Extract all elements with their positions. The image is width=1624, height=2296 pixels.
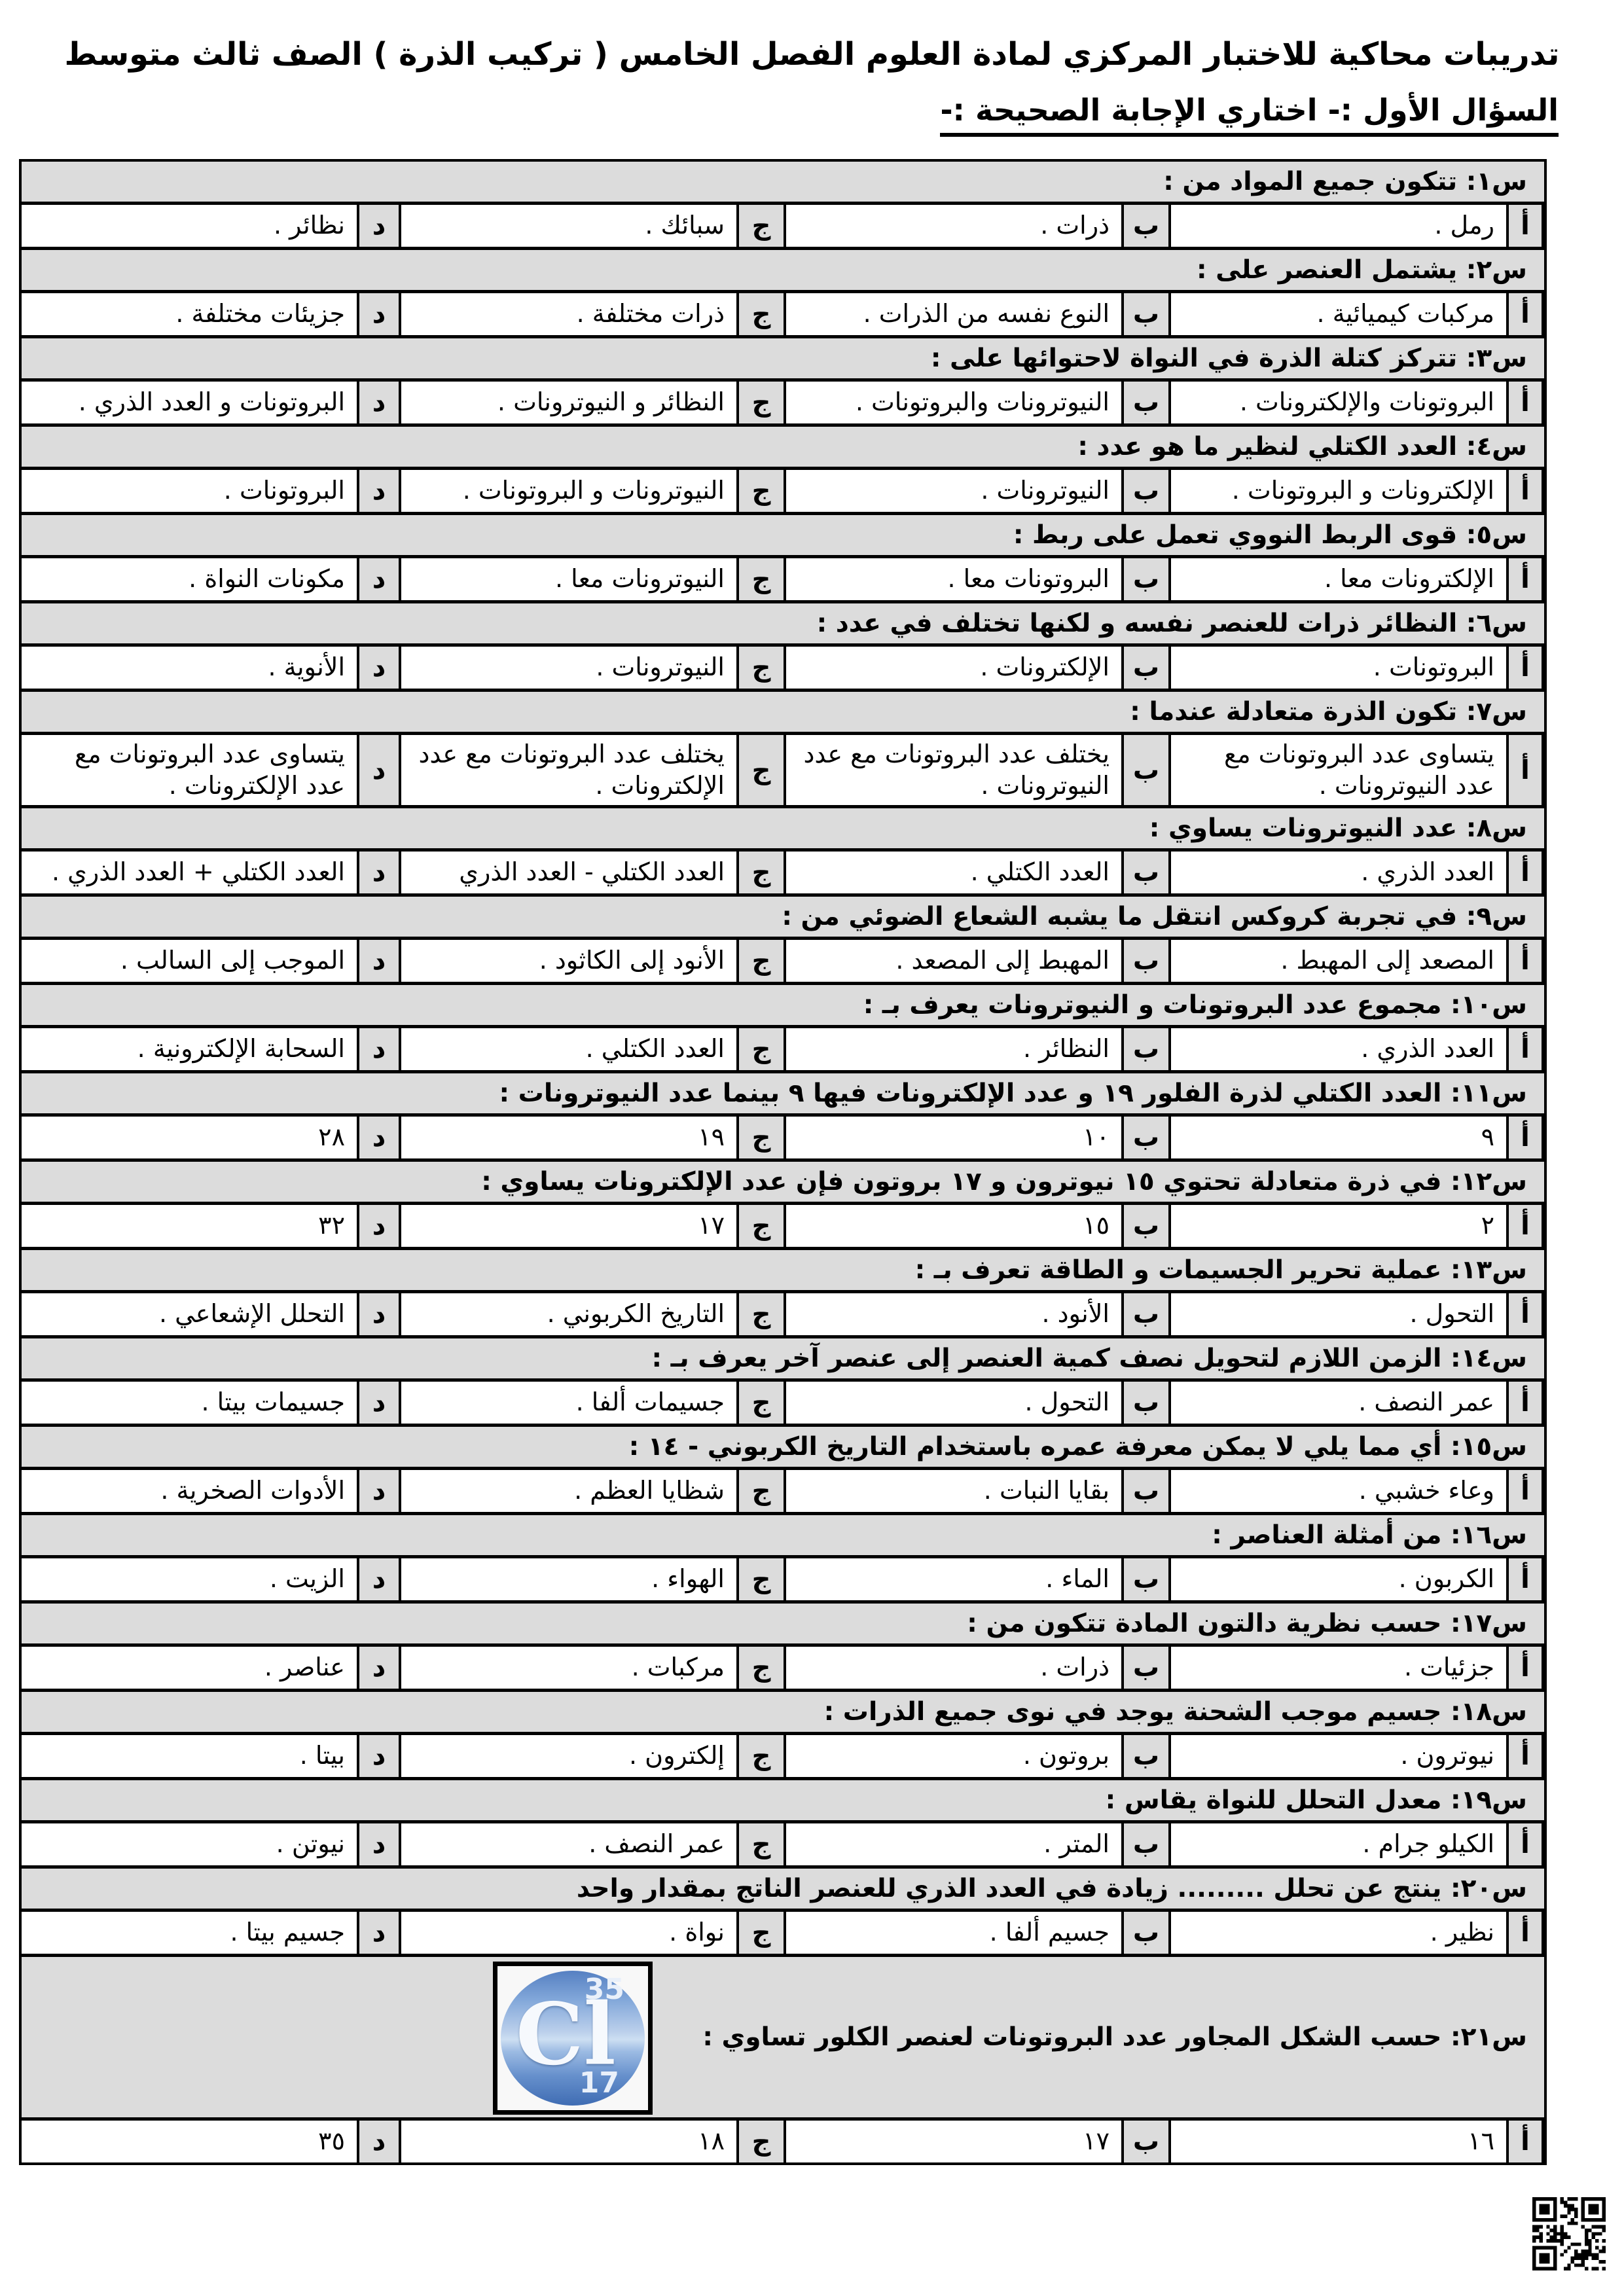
option-b-label: ب [1121,382,1171,423]
option-a-answer: رمل . [1171,205,1506,247]
option-d-label: د [357,1558,401,1600]
answer-row: أالإلكترونات معا .بالبروتونات معا .جالني… [22,558,1544,603]
chlorine-isotope-badge: 35Cl17 [493,1962,653,2115]
answer-row: أرمل .بذرات .جسبائك .دنظائر . [22,205,1544,250]
option-d-label: د [357,735,401,805]
option-b-answer: ذرات . [786,205,1121,247]
option-a-answer: التحول . [1171,1293,1506,1335]
option-c-label: ج [736,2121,786,2162]
question-text-row: س٢: يشتمل العنصر على : [22,250,1544,293]
question-text-row: س٧: تكون الذرة متعادلة عندما : [22,692,1544,735]
option-d-answer: ٣٥ [22,2121,357,2162]
question-text-row: س١٨: جسيم موجب الشحنة يوجد في نوى جميع ا… [22,1692,1544,1735]
option-b-answer: ١٠ [786,1117,1121,1158]
question-text: س١٣: عملية تحرير الجسيمات و الطاقة تعرف … [915,1255,1527,1285]
option-d-label: د [357,647,401,689]
answer-row: أنيوترون .ببروتون .جإلكترون .دبيتا . [22,1735,1544,1780]
option-c-label: ج [736,1470,786,1512]
answer-row: أوعاء خشبي .ببقايا النبات .جشظايا العظم … [22,1470,1544,1515]
option-c-answer: الأنود إلى الكاثود . [401,940,736,982]
option-a-label: أ [1506,2121,1544,2162]
question-text: س٨: عدد النيوترونات يساوي : [1149,814,1527,843]
option-b-label: ب [1121,647,1171,689]
option-d-label: د [357,1028,401,1070]
option-a-answer: يتساوى عدد البروتونات مع عدد النيوترونات… [1171,735,1506,805]
option-a-label: أ [1506,1470,1544,1512]
option-c-label: ج [736,558,786,600]
option-a-label: أ [1506,735,1544,805]
option-d-label: د [357,1470,401,1512]
option-b-label: ب [1121,1823,1171,1865]
question-text-row: س٢٠: ينتج عن تحلل ......... زيادة في الع… [22,1869,1544,1912]
option-c-label: ج [736,647,786,689]
option-b-label: ب [1121,1117,1171,1158]
question-block: س١٤: الزمن اللازم لتحويل نصف كمية العنصر… [22,1338,1544,1427]
option-b-answer: النظائر . [786,1028,1121,1070]
option-a-label: أ [1506,940,1544,982]
question-text: س٥: قوى الربط النووي تعمل على ربط : [1013,520,1527,550]
option-a-label: أ [1506,293,1544,335]
option-c-answer: ١٧ [401,1205,736,1247]
option-b-answer: ١٧ [786,2121,1121,2162]
option-c-label: ج [736,293,786,335]
option-b-label: ب [1121,205,1171,247]
question-block: س١: تتكون جميع المواد من :أرمل .بذرات .ج… [22,162,1544,250]
option-c-answer: النيوترونات و البروتونات . [401,470,736,512]
answer-row: أالمصعد إلى المهبط .بالمهبط إلى المصعد .… [22,940,1544,985]
question-text: س٧: تكون الذرة متعادلة عندما : [1130,697,1527,726]
option-d-answer: نيوتن . [22,1823,357,1865]
question-text: س١١: العدد الكتلي لذرة الفلور ١٩ و عدد ا… [499,1079,1527,1108]
answer-row: أعمر النصف .بالتحول .ججسيمات ألفا .دجسيم… [22,1382,1544,1427]
option-a-answer: البروتونات والإلكترونات . [1171,382,1506,423]
question-block: س٩: في تجربة كروكس انتقل ما يشبه الشعاع … [22,897,1544,985]
option-d-label: د [357,1293,401,1335]
option-c-answer: ١٩ [401,1117,736,1158]
option-a-answer: البروتونات . [1171,647,1506,689]
option-a-label: أ [1506,1293,1544,1335]
option-d-label: د [357,1823,401,1865]
option-a-answer: نظير . [1171,1912,1506,1954]
option-a-answer: نيوترون . [1171,1735,1506,1777]
option-d-answer: جسيم بيتا . [22,1912,357,1954]
page-title: تدريبات محاكية للاختبار المركزي لمادة ال… [39,36,1585,73]
option-b-label: ب [1121,852,1171,893]
option-c-answer: شظايا العظم . [401,1470,736,1512]
option-a-label: أ [1506,1117,1544,1158]
question-block: س٢: يشتمل العنصر على :أمركبات كيميائية .… [22,250,1544,338]
option-d-answer: العدد الكتلي + العدد الذري . [22,852,357,893]
question-text-row: س٥: قوى الربط النووي تعمل على ربط : [22,515,1544,558]
option-d-answer: الأدوات الصخرية . [22,1470,357,1512]
option-c-answer: عمر النصف . [401,1823,736,1865]
option-d-label: د [357,293,401,335]
option-a-label: أ [1506,1028,1544,1070]
option-d-answer: الأنوية . [22,647,357,689]
option-b-answer: جسيم ألفا . [786,1912,1121,1954]
option-d-label: د [357,558,401,600]
question-text: س٢١: حسب الشكل المجاور عدد البروتونات لع… [702,2022,1527,2052]
question-text: س٦: النظائر ذرات للعنصر نفسه و لكنها تخت… [817,609,1527,638]
question-text: س٩: في تجربة كروكس انتقل ما يشبه الشعاع … [782,902,1527,931]
option-a-label: أ [1506,1735,1544,1777]
option-a-label: أ [1506,470,1544,512]
section-heading: السؤال الأول :- اختاري الإجابة الصحيحة :… [940,92,1559,137]
option-d-answer: نظائر . [22,205,357,247]
option-d-answer: البروتونات و العدد الذري . [22,382,357,423]
question-text: س٢٠: ينتج عن تحلل ......... زيادة في الع… [577,1874,1527,1903]
option-c-label: ج [736,1823,786,1865]
question-block: س٢١: حسب الشكل المجاور عدد البروتونات لع… [22,1957,1544,2162]
option-c-label: ج [736,852,786,893]
option-c-label: ج [736,1028,786,1070]
question-text-row: س١٩: معدل التحلل للنواة يقاس : [22,1780,1544,1823]
question-text: س١٥: أي مما يلي لا يمكن معرفة عمره باستخ… [629,1432,1527,1462]
option-c-label: ج [736,205,786,247]
option-c-label: ج [736,470,786,512]
option-a-answer: العدد الذري . [1171,852,1506,893]
question-text: س١٠: مجموع عدد البروتونات و النيوترونات … [863,990,1527,1020]
option-c-answer: العدد الكتلي - العدد الذري [401,852,736,893]
option-c-label: ج [736,1735,786,1777]
question-text-row: س٣: تتركز كتلة الذرة في النواة لاحتوائها… [22,338,1544,382]
option-b-answer: بروتون . [786,1735,1121,1777]
option-b-label: ب [1121,1205,1171,1247]
answer-row: أالبروتونات .بالإلكترونات .جالنيوترونات … [22,647,1544,692]
question-block: س١٨: جسيم موجب الشحنة يوجد في نوى جميع ا… [22,1692,1544,1780]
question-text: س١٦: من أمثلة العناصر : [1212,1520,1527,1550]
question-text-row: س١١: العدد الكتلي لذرة الفلور ١٩ و عدد ا… [22,1073,1544,1117]
option-b-answer: العدد الكتلي . [786,852,1121,893]
option-a-label: أ [1506,382,1544,423]
question-text: س١٤: الزمن اللازم لتحويل نصف كمية العنصر… [651,1344,1527,1373]
chlorine-atomic-number: 17 [579,2066,619,2100]
option-a-answer: جزئيات . [1171,1647,1506,1689]
option-d-label: د [357,1647,401,1689]
option-a-label: أ [1506,1382,1544,1424]
option-b-label: ب [1121,2121,1171,2162]
option-c-label: ج [736,1117,786,1158]
question-text-row: س١٠: مجموع عدد البروتونات و النيوترونات … [22,985,1544,1028]
option-d-label: د [357,1117,401,1158]
option-c-answer: ذرات مختلفة . [401,293,736,335]
question-text: س٤: العدد الكتلي لنظير ما هو عدد : [1077,432,1527,461]
question-text-row: س١: تتكون جميع المواد من : [22,162,1544,205]
option-d-answer: ٣٢ [22,1205,357,1247]
answer-row: أالكيلو جرام .بالمتر .جعمر النصف .دنيوتن… [22,1823,1544,1869]
answer-row: أ١٦ب١٧ج١٨د٣٥ [22,2121,1544,2162]
option-b-label: ب [1121,1293,1171,1335]
option-b-label: ب [1121,1558,1171,1600]
option-b-label: ب [1121,293,1171,335]
question-text: س١٧: حسب نظرية دالتون المادة تتكون من : [967,1609,1527,1638]
option-a-answer: الإلكترونات معا . [1171,558,1506,600]
answer-row: أ٩ب١٠ج١٩د٢٨ [22,1117,1544,1162]
option-d-answer: السحابة الإلكترونية . [22,1028,357,1070]
option-c-answer: ١٨ [401,2121,736,2162]
question-text-row: س١٢: في ذرة متعادلة تحتوي ١٥ نيوترون و ١… [22,1162,1544,1205]
option-c-label: ج [736,1293,786,1335]
quiz-table: س١: تتكون جميع المواد من :أرمل .بذرات .ج… [19,159,1547,2165]
question-text-row: س١٣: عملية تحرير الجسيمات و الطاقة تعرف … [22,1250,1544,1293]
option-b-answer: الأنود . [786,1293,1121,1335]
option-a-answer: ٢ [1171,1205,1506,1247]
option-d-answer: جسيمات بيتا . [22,1382,357,1424]
option-c-label: ج [736,1205,786,1247]
answer-row: أمركبات كيميائية .بالنوع نفسه من الذرات … [22,293,1544,338]
option-a-answer: ٩ [1171,1117,1506,1158]
question-text-row: س٤: العدد الكتلي لنظير ما هو عدد : [22,427,1544,470]
option-b-label: ب [1121,558,1171,600]
option-d-answer: ٢٨ [22,1117,357,1158]
option-b-answer: ١٥ [786,1205,1121,1247]
question-block: س١٥: أي مما يلي لا يمكن معرفة عمره باستخ… [22,1427,1544,1515]
option-d-label: د [357,852,401,893]
option-d-answer: الزيت . [22,1558,357,1600]
option-b-answer: المتر . [786,1823,1121,1865]
answer-row: أالعدد الذري .بالنظائر .جالعدد الكتلي .د… [22,1028,1544,1073]
question-text-row: س١٤: الزمن اللازم لتحويل نصف كمية العنصر… [22,1338,1544,1382]
option-d-label: د [357,1912,401,1954]
option-c-answer: العدد الكتلي . [401,1028,736,1070]
option-b-answer: الإلكترونات . [786,647,1121,689]
option-c-label: ج [736,1558,786,1600]
question-block: س١٢: في ذرة متعادلة تحتوي ١٥ نيوترون و ١… [22,1162,1544,1250]
question-text: س١٩: معدل التحلل للنواة يقاس : [1106,1785,1527,1815]
option-b-answer: البروتونات معا . [786,558,1121,600]
option-c-answer: يختلف عدد البروتونات مع عدد الإلكترونات … [401,735,736,805]
option-d-answer: البروتونات . [22,470,357,512]
question-block: س٥: قوى الربط النووي تعمل على ربط :أالإل… [22,515,1544,603]
option-b-answer: ذرات . [786,1647,1121,1689]
option-b-label: ب [1121,1470,1171,1512]
question-block: س١٦: من أمثلة العناصر :أالكربون .بالماء … [22,1515,1544,1604]
option-b-label: ب [1121,940,1171,982]
option-a-answer: المصعد إلى المهبط . [1171,940,1506,982]
question-block: س١٣: عملية تحرير الجسيمات و الطاقة تعرف … [22,1250,1544,1338]
option-b-answer: النيوترونات . [786,470,1121,512]
question-text-row: س٩: في تجربة كروكس انتقل ما يشبه الشعاع … [22,897,1544,940]
option-d-answer: جزيئات مختلفة . [22,293,357,335]
option-d-label: د [357,1735,401,1777]
option-c-answer: مركبات . [401,1647,736,1689]
option-c-answer: النيوترونات . [401,647,736,689]
option-d-answer: بيتا . [22,1735,357,1777]
option-b-label: ب [1121,1735,1171,1777]
option-b-answer: المهبط إلى المصعد . [786,940,1121,982]
option-a-answer: العدد الذري . [1171,1028,1506,1070]
question-text-row: س١٥: أي مما يلي لا يمكن معرفة عمره باستخ… [22,1427,1544,1470]
question-block: س١٠: مجموع عدد البروتونات و النيوترونات … [22,985,1544,1073]
question-text: س٣: تتركز كتلة الذرة في النواة لاحتوائها… [931,344,1527,373]
option-b-label: ب [1121,1912,1171,1954]
option-a-answer: عمر النصف . [1171,1382,1506,1424]
answer-row: أالعدد الذري .بالعدد الكتلي .جالعدد الكت… [22,852,1544,897]
option-a-answer: الإلكترونات و البروتونات . [1171,470,1506,512]
option-a-label: أ [1506,1558,1544,1600]
option-d-answer: يتساوى عدد البروتونات مع عدد الإلكترونات… [22,735,357,805]
question-text-row: س١٦: من أمثلة العناصر : [22,1515,1544,1558]
question-block: س٨: عدد النيوترونات يساوي :أالعدد الذري … [22,808,1544,897]
question-block: س١٧: حسب نظرية دالتون المادة تتكون من :أ… [22,1604,1544,1692]
option-c-answer: النظائر و النيوترونات . [401,382,736,423]
option-b-label: ب [1121,735,1171,805]
option-b-answer: النيوترونات والبروتونات . [786,382,1121,423]
option-c-answer: إلكترون . [401,1735,736,1777]
answer-row: أالإلكترونات و البروتونات .بالنيوترونات … [22,470,1544,515]
option-b-answer: الماء . [786,1558,1121,1600]
option-a-answer: مركبات كيميائية . [1171,293,1506,335]
option-d-label: د [357,940,401,982]
answer-row: أالتحول .بالأنود .جالتاريخ الكربوني .دال… [22,1293,1544,1338]
option-a-label: أ [1506,647,1544,689]
option-c-label: ج [736,735,786,805]
option-c-label: ج [736,1382,786,1424]
section-heading-row: السؤال الأول :- اختاري الإجابة الصحيحة :… [0,92,1559,137]
option-a-label: أ [1506,205,1544,247]
option-d-label: د [357,1205,401,1247]
option-c-answer: نواة . [401,1912,736,1954]
option-a-label: أ [1506,852,1544,893]
question-text: س٢: يشتمل العنصر على : [1197,255,1527,285]
question-text-row: س١٧: حسب نظرية دالتون المادة تتكون من : [22,1604,1544,1647]
option-a-label: أ [1506,1823,1544,1865]
option-c-answer: النيوترونات معا . [401,558,736,600]
question-block: س١٩: معدل التحلل للنواة يقاس :أالكيلو جر… [22,1780,1544,1869]
question-block: س٦: النظائر ذرات للعنصر نفسه و لكنها تخت… [22,603,1544,692]
question-text-row: س٨: عدد النيوترونات يساوي : [22,808,1544,852]
question-block: س٢٠: ينتج عن تحلل ......... زيادة في الع… [22,1869,1544,1957]
option-c-answer: سبائك . [401,205,736,247]
option-d-label: د [357,205,401,247]
answer-row: أ٢ب١٥ج١٧د٣٢ [22,1205,1544,1250]
option-c-label: ج [736,1647,786,1689]
answer-row: أيتساوى عدد البروتونات مع عدد النيوترونا… [22,735,1544,808]
answer-row: أنظير .بجسيم ألفا .جنواة .دجسيم بيتا . [22,1912,1544,1957]
question-block: س١١: العدد الكتلي لذرة الفلور ١٩ و عدد ا… [22,1073,1544,1162]
option-a-label: أ [1506,558,1544,600]
option-a-label: أ [1506,1647,1544,1689]
option-b-label: ب [1121,470,1171,512]
option-a-label: أ [1506,1205,1544,1247]
option-d-label: د [357,382,401,423]
question-text: س١٢: في ذرة متعادلة تحتوي ١٥ نيوترون و ١… [481,1167,1527,1196]
option-a-answer: وعاء خشبي . [1171,1470,1506,1512]
option-d-label: د [357,2121,401,2162]
question-block: س٧: تكون الذرة متعادلة عندما :أيتساوى عد… [22,692,1544,808]
qr-code [1525,2190,1613,2278]
question-text: س١٨: جسيم موجب الشحنة يوجد في نوى جميع ا… [824,1697,1527,1727]
option-d-label: د [357,1382,401,1424]
option-a-label: أ [1506,1912,1544,1954]
option-b-label: ب [1121,1382,1171,1424]
option-d-answer: عناصر . [22,1647,357,1689]
option-d-answer: الموجب إلى السالب . [22,940,357,982]
option-a-answer: الكربون . [1171,1558,1506,1600]
option-b-answer: النوع نفسه من الذرات . [786,293,1121,335]
worksheet-page: تدريبات محاكية للاختبار المركزي لمادة ال… [0,0,1624,2296]
option-d-answer: مكونات النواة . [22,558,357,600]
question-text: س١: تتكون جميع المواد من : [1163,167,1527,196]
answer-row: أالبروتونات والإلكترونات .بالنيوترونات و… [22,382,1544,427]
option-a-answer: ١٦ [1171,2121,1506,2162]
question-text-row: س٦: النظائر ذرات للعنصر نفسه و لكنها تخت… [22,603,1544,647]
option-b-answer: يختلف عدد البروتونات مع عدد النيوترونات … [786,735,1121,805]
option-b-label: ب [1121,1028,1171,1070]
option-a-answer: الكيلو جرام . [1171,1823,1506,1865]
option-c-answer: جسيمات ألفا . [401,1382,736,1424]
question-block: س٤: العدد الكتلي لنظير ما هو عدد :أالإلك… [22,427,1544,515]
question-text-row: س٢١: حسب الشكل المجاور عدد البروتونات لع… [22,1957,1544,2121]
option-d-answer: التحلل الإشعاعي . [22,1293,357,1335]
option-c-answer: الهواء . [401,1558,736,1600]
option-c-label: ج [736,940,786,982]
question-block: س٣: تتركز كتلة الذرة في النواة لاحتوائها… [22,338,1544,427]
answer-row: أجزئيات .بذرات .جمركبات .دعناصر . [22,1647,1544,1692]
option-c-label: ج [736,382,786,423]
option-c-label: ج [736,1912,786,1954]
option-d-label: د [357,470,401,512]
option-b-label: ب [1121,1647,1171,1689]
answer-row: أالكربون .بالماء .جالهواء .دالزيت . [22,1558,1544,1604]
option-b-answer: بقايا النبات . [786,1470,1121,1512]
option-c-answer: التاريخ الكربوني . [401,1293,736,1335]
option-b-answer: التحول . [786,1382,1121,1424]
